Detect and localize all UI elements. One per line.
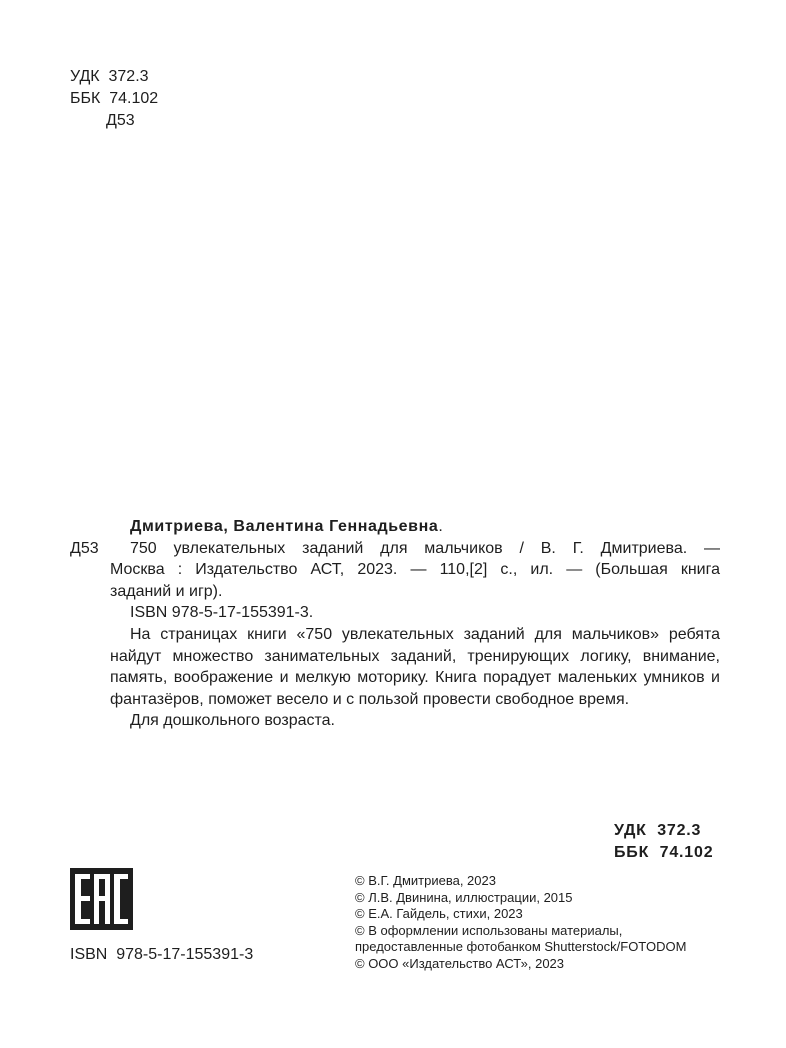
bibliographic-record: Дмитриева, Валентина Геннадьевна. 750 ув…	[110, 516, 720, 732]
top-classification-codes: УДК 372.3 ББК 74.102 Д53	[70, 66, 158, 132]
title-line: 750 увлекательных заданий для мальчиков …	[110, 538, 720, 560]
udk-code-bottom: УДК 372.3	[614, 820, 713, 842]
author-mark: Д53	[70, 110, 158, 132]
publisher-line: Москва : Издательство АСТ, 2023. — 110,[…	[110, 559, 720, 581]
author-period: .	[438, 518, 443, 535]
isbn-line: ISBN 978-5-17-155391-3.	[110, 602, 720, 624]
author-surname: Дмитриева	[130, 518, 223, 535]
side-author-mark: Д53	[70, 538, 99, 560]
copyright-line: © Л.В. Двинина, иллюстрации, 2015	[355, 890, 735, 907]
udk-code: УДК 372.3	[70, 66, 158, 88]
copyright-line: © В оформлении использованы материалы,	[355, 923, 735, 940]
age-rating: Для дошкольного возраста.	[110, 710, 720, 732]
bbk-code: ББК 74.102	[70, 88, 158, 110]
copyright-line: © ООО «Издательство АСТ», 2023	[355, 956, 735, 973]
copyright-line: предоставленные фотобанком Shutterstock/…	[355, 939, 735, 956]
author-given-names: , Валентина Геннадьевна	[223, 518, 438, 535]
series-end: заданий и игр).	[110, 581, 720, 603]
copyright-line: © Е.А. Гайдель, стихи, 2023	[355, 906, 735, 923]
isbn-bottom: ISBN 978-5-17-155391-3	[70, 946, 253, 964]
bottom-classification-codes: УДК 372.3 ББК 74.102	[614, 820, 713, 864]
bbk-code-bottom: ББК 74.102	[614, 842, 713, 864]
copyright-notices: © В.Г. Дмитриева, 2023 © Л.В. Двинина, и…	[355, 873, 735, 972]
copyright-line: © В.Г. Дмитриева, 2023	[355, 873, 735, 890]
annotation: На страницах книги «750 увлекательных за…	[110, 624, 720, 710]
eac-icon	[70, 868, 133, 930]
author-heading: Дмитриева, Валентина Геннадьевна.	[110, 516, 720, 538]
